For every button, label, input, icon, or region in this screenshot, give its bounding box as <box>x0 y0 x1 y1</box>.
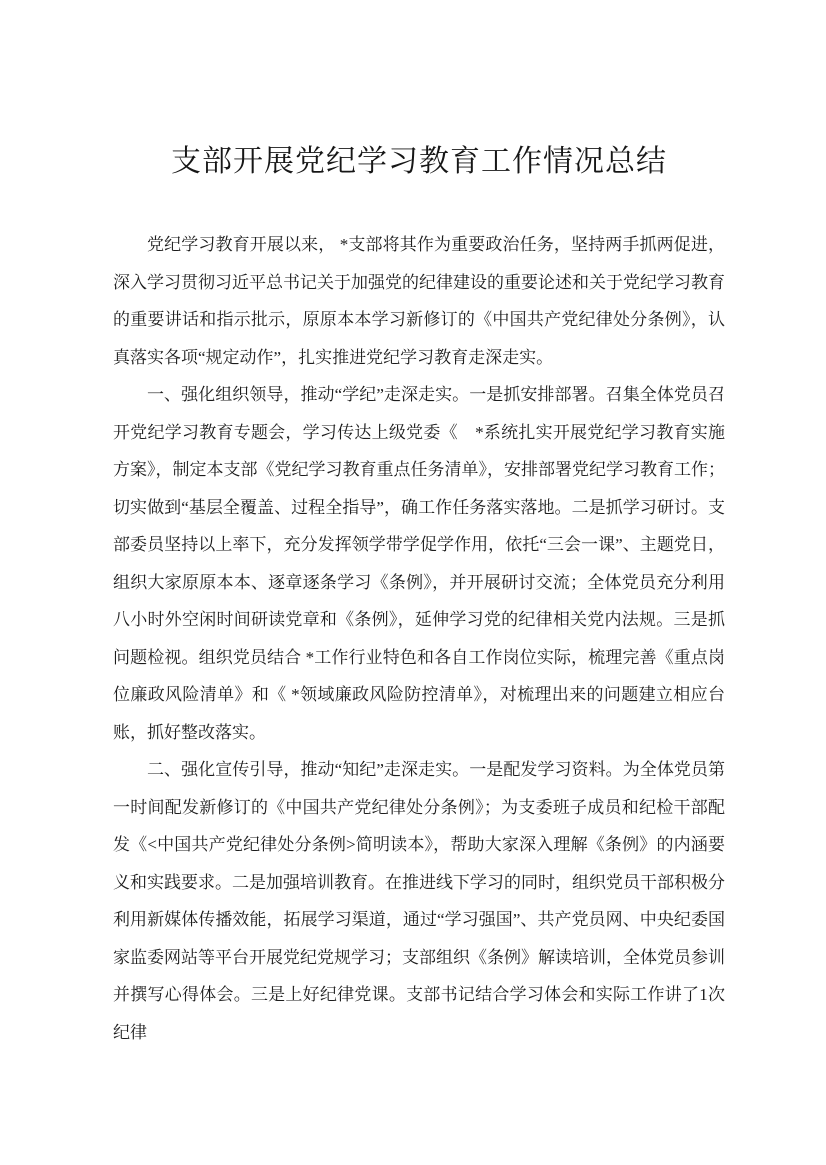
paragraph-section-1: 一、强化组织领导，推动“学纪”走深走实。一是抓安排部署。召集全体党员召开党纪学习… <box>113 376 725 751</box>
paragraph-section-2: 二、强化宣传引导，推动“知纪”走深走实。一是配发学习资料。为全体党员第一时间配发… <box>113 751 725 1051</box>
document-page: 支部开展党纪学习教育工作情况总结 党纪学习教育开展以来， *支部将其作为重要政治… <box>0 0 826 1165</box>
document-body: 党纪学习教育开展以来， *支部将其作为重要政治任务，坚持两手抓两促进，深入学习贯… <box>113 226 725 1051</box>
document-title: 支部开展党纪学习教育工作情况总结 <box>113 138 725 186</box>
paragraph-intro: 党纪学习教育开展以来， *支部将其作为重要政治任务，坚持两手抓两促进，深入学习贯… <box>113 226 725 376</box>
